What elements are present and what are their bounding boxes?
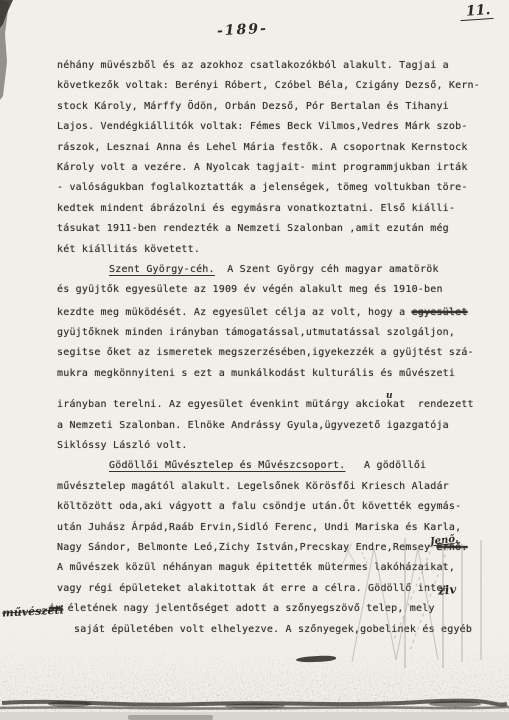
scanner-background-strip <box>0 712 509 720</box>
ink-blot <box>296 655 336 662</box>
text-line: rászok, Lesznai Anna és Lehel Mária fest… <box>57 138 487 158</box>
text-line: Nagy Sándor, Belmonte Leó,Zichy István,P… <box>57 538 487 558</box>
text-line: következők voltak: Berényi Róbert, Czóbe… <box>57 76 487 96</box>
text-segment: Nagy Sándor, Belmonte Leó,Zichy István,P… <box>57 542 436 553</box>
text-line: tásukat 1911-ben rendezték a Nemzeti Sza… <box>57 219 487 239</box>
text-segment: életének nagy jelentőséget adott a szőny… <box>61 603 434 614</box>
edge-smudge <box>128 715 213 720</box>
handwritten-word-ending: ziv <box>437 582 457 598</box>
text-line: a Nemzeti Szalonban. Elnöke Andrássy Gyu… <box>57 416 487 436</box>
section-heading: Gödöllői Művésztelep és Művészcsoport. <box>109 460 345 471</box>
text-segment: költözött oda,aki vágyott a falu csöndje… <box>57 501 461 512</box>
text-line: mukra megkönnyiteni s ezt a munkálkodást… <box>57 364 487 384</box>
text-segment: tásukat 1911-ben rendezték a Nemzeti Sza… <box>57 223 449 234</box>
text-segment: saját épületében volt elhelyezve. A szőn… <box>74 624 472 635</box>
text-line: két kiállitás követett. <box>57 240 487 260</box>
text-segment: Siklóssy László volt. <box>57 440 188 451</box>
text-line: Szent György-céh. A Szent György céh mag… <box>57 260 487 280</box>
text-line: Lajos. Vendégkiállitók voltak: Fémes Bec… <box>57 117 487 137</box>
struck-text: egyesület <box>412 307 468 318</box>
text-line: A művészek közül néhányan maguk épitetté… <box>57 558 487 578</box>
text-line: irányban terelni. Az egyesület évenkint … <box>57 395 487 415</box>
text-line: stock Károly, Márffy Ödön, Orbán Dezső, … <box>57 97 487 117</box>
text-segment: következők voltak: Berényi Róbert, Czóbe… <box>57 80 480 91</box>
text-line: gyüjtőknek minden irányban támogatással,… <box>57 323 487 343</box>
text-line: és gyüjtők egyesülete az 1909 év végén a… <box>57 280 487 300</box>
handwritten-corner-number: 11. <box>459 2 493 21</box>
text-line: vagy régi épületeket alakitottak át erre… <box>57 579 487 599</box>
text-line: kedtek mindent ábrázolni és egymásra von… <box>57 199 487 219</box>
text-segment: kezdte meg müködését. Az egyesület célja… <box>57 307 412 318</box>
text-segment: stock Károly, Márffy Ödön, Orbán Dezső, … <box>57 101 449 112</box>
text-line: saját épületében volt elhelyezve. A szőn… <box>57 620 487 640</box>
text-segment: A Szent György céh magyar amatörök <box>215 264 439 275</box>
text-segment: A gödöllői <box>345 460 426 471</box>
text-line: segitse őket az ismeretek megszerzésében… <box>57 343 487 363</box>
text-segment: Lajos. Vendégkiállitók voltak: Fémes Bec… <box>57 121 468 132</box>
scanned-page: 11. -189- néhány müvészből és az azokhoz… <box>0 0 509 720</box>
typewritten-text: néhány müvészből és az azokhoz csatlakoz… <box>57 56 487 640</box>
text-segment: két kiállitás követett. <box>57 244 200 255</box>
section-heading: Szent György-céh. <box>109 264 215 275</box>
text-segment: - valóságukban foglalkoztatták a jelensé… <box>57 182 468 193</box>
text-line: Károly volt a vezére. A Nyolcak tagjait-… <box>57 158 487 178</box>
text-segment: után Juhász Árpád,Raáb Ervin,Sidló Feren… <box>57 522 461 533</box>
text-segment: vagy régi épületeket alakitottak át erre… <box>57 583 449 594</box>
text-segment: néhány müvészből és az azokhoz csatlakoz… <box>57 60 449 71</box>
text-segment: gyüjtőknek minden irányban támogatással,… <box>57 327 455 338</box>
text-line: ix életének nagy jelentőséget adott a sz… <box>49 599 487 619</box>
text-segment: művésztelep magától alakult. Legelsőnek … <box>57 481 449 492</box>
text-segment: A művészek közül néhányan maguk épitetté… <box>57 562 455 573</box>
text-line: költözött oda,aki vágyott a falu csöndje… <box>57 497 487 517</box>
text-segment: segitse őket az ismeretek megszerzésében… <box>57 347 474 358</box>
text-line: Gödöllői Művésztelep és Művészcsoport. A… <box>57 456 487 476</box>
text-line: néhány müvészből és az azokhoz csatlakoz… <box>57 56 487 76</box>
text-segment: a Nemzeti Szalonban. Elnöke Andrássy Gyu… <box>57 420 449 431</box>
text-segment: Károly volt a vezére. A Nyolcak tagjait-… <box>57 162 468 173</box>
text-line: - valóságukban foglalkoztatták a jelensé… <box>57 178 487 198</box>
text-segment: mukra megkönnyiteni s ezt a munkálkodást… <box>57 368 455 379</box>
text-line: kezdte meg müködését. Az egyesület célja… <box>57 303 487 323</box>
text-segment: irányban terelni. Az egyesület évenkint … <box>57 399 474 410</box>
text-segment: rászok, Lesznai Anna és Lehel Mária fest… <box>57 142 468 153</box>
text-line: után Juhász Árpád,Raáb Ervin,Sidló Feren… <box>57 518 487 538</box>
text-segment: és gyüjtők egyesülete az 1909 év végén a… <box>57 284 443 295</box>
handwritten-letter-insert: u <box>386 391 393 401</box>
text-segment: kedtek mindent ábrázolni és egymásra von… <box>57 203 455 214</box>
left-edge-smudge <box>0 0 30 120</box>
text-line: Siklóssy László volt. <box>57 436 487 456</box>
handwritten-page-number: -189- <box>217 21 269 40</box>
text-line: művésztelep magától alakult. Legelsőnek … <box>57 477 487 497</box>
